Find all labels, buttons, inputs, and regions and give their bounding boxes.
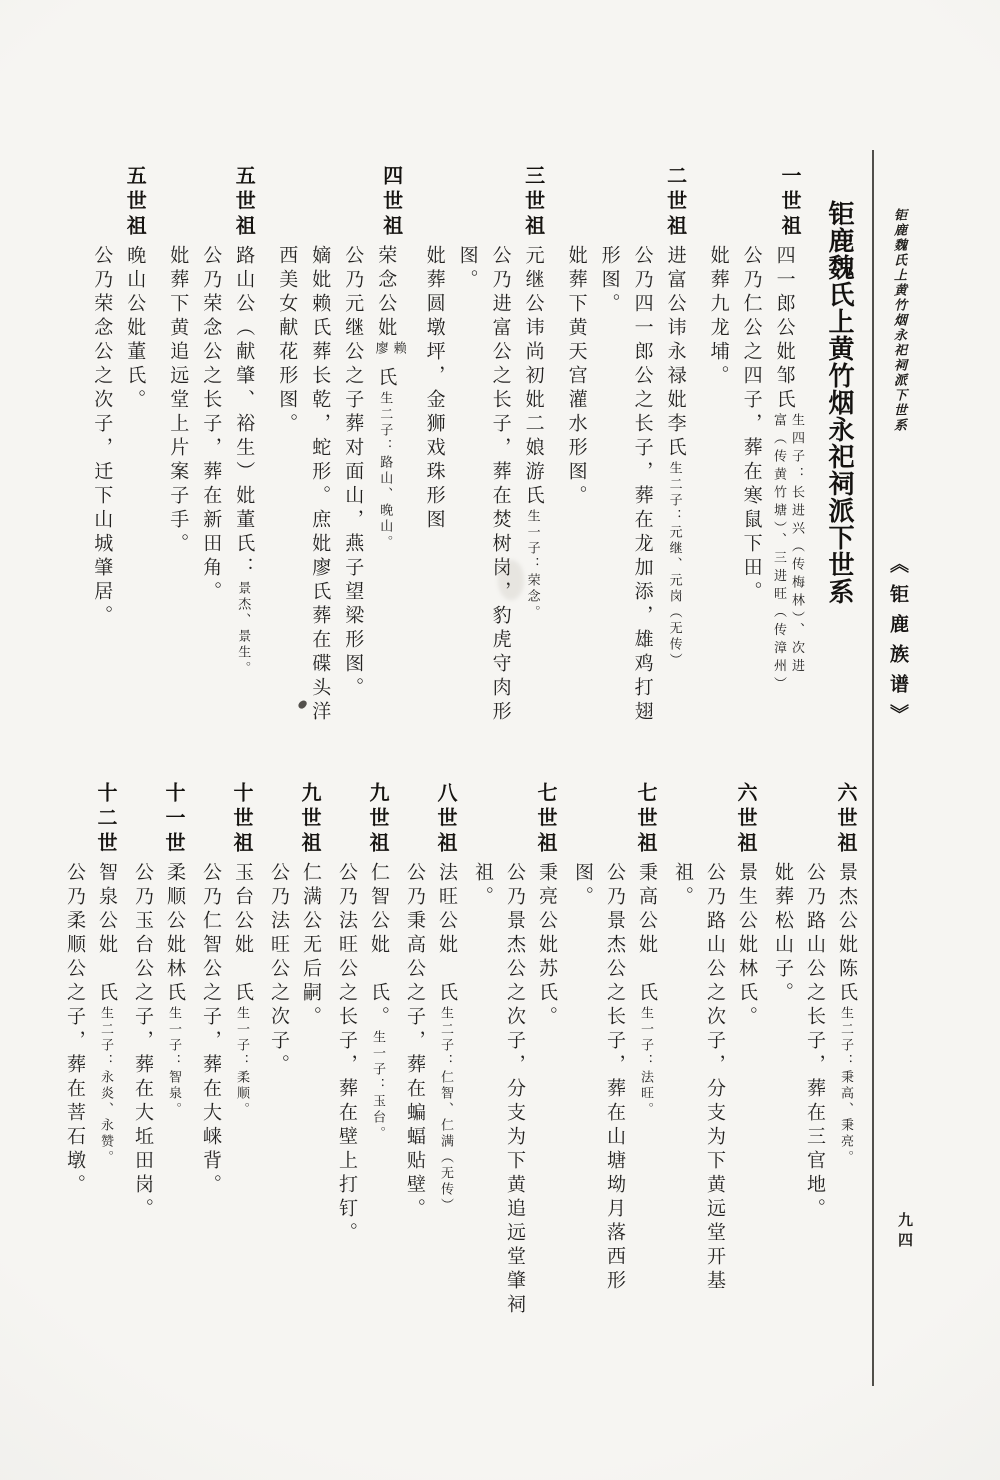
entry-text: 进富公讳永禄妣李氏生二子：元继、元岗（无传）公乃四一郎公之长子，葬在龙加添，雄鸡… [560,245,692,727]
interlinear-note: 赖 廖 [372,341,408,367]
text-run: 四一郎公妣邹氏 [774,245,795,413]
paragraph: 玉台公妣 氏生一子：柔顺。 [226,862,258,1320]
lower-register: 六世祖景杰公妣陈氏生二子：秉高、秉亮。公乃路山公之长子，葬在三官地。妣葬松山子。… [30,782,862,1320]
generation-entry: 五世祖路山公（献肇、裕生）妣董氏：景杰、景生。公乃荣念公之长子，葬在新田角。妣葬… [161,245,260,727]
generation-label: 二世祖 [658,165,692,240]
paragraph: 公乃进富公之长子，葬在焚树岗，豹虎守肉形图。 [451,245,517,727]
generation-label: 八世祖 [428,782,462,857]
generation-entry: 七世祖秉亮公妣苏氏。公乃景杰公之次子，分支为下黄追远堂肇祠祖。 [466,862,562,1320]
generation-entry: 三世祖元继公讳尚初妣二娘游氏生一子：荣念。公乃进富公之长子，葬在焚树岗，豹虎守肉… [418,245,550,727]
text-run: 仁智公妣 氏。 [368,862,389,1030]
entry-text: 玉台公妣 氏生一子：柔顺。公乃仁智公之子，葬在大崃背。 [194,862,258,1320]
small-note: 生一子：玉台。 [371,1030,386,1142]
text-run: 玉台公妣 氏 [232,862,253,1006]
ink-smudge-artifact [498,560,524,600]
generation-label: 十世祖 [224,782,258,857]
paragraph: 智泉公妣 氏生二子：永炎、永赞。 [90,862,122,1320]
paragraph: 四一郎公妣邹氏生四子：长进兴（传梅林）、次进 富（传黄竹塘）、三进旺（传漳州） [768,245,806,727]
text-run: 妣葬松山子。 [772,862,793,1006]
text-run: 元继公讳尚初妣二娘游氏 [523,245,544,509]
text-run: 公乃仁公之四子，葬在寒鼠下田。 [741,245,762,605]
generation-entry: 十一世柔顺公妣林氏生一子：智泉。公乃玉台公之子，葬在大坵田岗。 [126,862,190,1320]
entry-text: 秉亮公妣苏氏。公乃景杰公之次子，分支为下黄追远堂肇祠祖。 [466,862,562,1320]
page-title: 钜鹿魏氏上黄竹烟永祀祠派下世系 [816,200,862,605]
genealogy-page: 钜鹿魏氏上黄竹烟永祀祠派下世系 《钜鹿族谱》 九四 钜鹿魏氏上黄竹烟永祀祠派下世… [0,0,1000,1480]
generation-entry: 六世祖景杰公妣陈氏生二子：秉高、秉亮。公乃路山公之长子，葬在三官地。妣葬松山子。 [766,862,862,1320]
paragraph: 妣葬下黄追远堂上片案子手。 [161,245,194,727]
entry-text: 仁满公无后嗣。公乃法旺公之次子。 [262,862,326,1320]
generation-label: 九世祖 [292,782,326,857]
entry-text: 荣念公妣赖 廖氏生二子：路山、晚山。公乃元继公之子葬对面山，燕子望梁形图。嫡妣赖… [270,245,407,727]
page-number: 九四 [894,1212,915,1252]
generation-label: 五世祖 [226,165,260,240]
paragraph: 公乃秉高公之子，葬在蝙蝠贴壁。 [398,862,430,1320]
text-run: 公乃柔顺公之子，葬在菩石墩。 [64,862,85,1198]
generation-entry: 十世祖玉台公妣 氏生一子：柔顺。公乃仁智公之子，葬在大崃背。 [194,862,258,1320]
text-run: 秉高公妣 氏 [636,862,657,1006]
generation-entry: 四世祖荣念公妣赖 廖氏生二子：路山、晚山。公乃元继公之子葬对面山，燕子望梁形图。… [270,245,407,727]
text-run: 嫡妣赖氏葬长乾，蛇形。庶妣廖氏葬在碟头洋西美女献花形图。 [276,245,330,725]
generation-label: 十二世 [88,782,122,857]
generation-entry: 一世祖四一郎公妣邹氏生四子：长进兴（传梅林）、次进 富（传黄竹塘）、三进旺（传漳… [702,245,806,727]
text-run: 法旺公妣 氏 [436,862,457,1006]
text-run: 妣葬下黄追远堂上片案子手。 [167,245,188,557]
paragraph: 妣葬九龙埔。 [702,245,735,727]
paragraph: 公乃元继公之子葬对面山，燕子望梁形图。 [336,245,369,727]
upper-register: 钜鹿魏氏上黄竹烟永祀祠派下世系 一世祖四一郎公妣邹氏生四子：长进兴（传梅林）、次… [30,165,862,727]
small-note: 生一子：智泉。 [167,1006,182,1118]
text-run: 公乃荣念公之次子，迁下山城肇居。 [91,245,112,629]
page-margin-column: 钜鹿魏氏上黄竹烟永祀祠派下世系 《钜鹿族谱》 九四 [872,150,1000,1386]
text-run: 公乃景杰公之次子，分支为下黄追远堂肇祠祖。 [472,862,525,1318]
text-run: 公乃仁智公之子，葬在大崃背。 [200,862,221,1198]
small-note: 生二子：路山、晚山。 [378,391,393,551]
entry-text: 四一郎公妣邹氏生四子：长进兴（传梅林）、次进 富（传黄竹塘）、三进旺（传漳州）公… [702,245,806,727]
paragraph: 嫡妣赖氏葬长乾，蛇形。庶妣廖氏葬在碟头洋西美女献花形图。 [270,245,336,727]
paragraph: 公乃四一郎公之长子，葬在龙加添，雄鸡打翅形图。 [593,245,659,727]
paragraph: 景生公妣林氏。 [730,862,762,1320]
generation-entry: 八世祖法旺公妣 氏生二子：仁智、仁满（无传）公乃秉高公之子，葬在蝙蝠贴壁。 [398,862,462,1320]
paragraph: 公乃荣念公之长子，葬在新田角。 [194,245,227,727]
paragraph: 公乃路山公之长子，葬在三官地。 [798,862,830,1320]
paragraph: 公乃景杰公之次子，分支为下黄追远堂肇祠祖。 [466,862,530,1320]
text-run: 路山公（献肇、裕生）妣董氏： [233,245,254,581]
paragraph: 公乃柔顺公之子，葬在菩石墩。 [58,862,90,1320]
text-run: 景杰公妣陈氏 [836,862,857,1006]
generation-label: 七世祖 [528,782,562,857]
paragraph: 法旺公妣 氏生二子：仁智、仁满（无传） [430,862,462,1320]
generation-entry: 九世祖仁满公无后嗣。公乃法旺公之次子。 [262,862,326,1320]
paragraph: 公乃仁智公之子，葬在大崃背。 [194,862,226,1320]
text-run: 公乃元继公之子葬对面山，燕子望梁形图。 [342,245,363,701]
page-content: 钜鹿魏氏上黄竹烟永祀祠派下世系 一世祖四一郎公妣邹氏生四子：长进兴（传梅林）、次… [30,165,862,1320]
generation-label: 九世祖 [360,782,394,857]
small-note: 生二子：秉高、秉亮。 [839,1006,854,1166]
entry-text: 法旺公妣 氏生二子：仁智、仁满（无传）公乃秉高公之子，葬在蝙蝠贴壁。 [398,862,462,1320]
running-title: 钜鹿魏氏上黄竹烟永祀祠派下世系 [890,208,909,433]
small-note: 生一子：荣念。 [526,509,541,621]
generation-label: 一世祖 [772,165,806,240]
text-run: 公乃法旺公之次子。 [268,862,289,1078]
generation-entry: 十二世智泉公妣 氏生二子：永炎、永赞。公乃柔顺公之子，葬在菩石墩。 [58,862,122,1320]
generation-label: 四世祖 [374,165,408,240]
text-run: 妣葬九龙埔。 [708,245,729,389]
interlinear-note: 生四子：长进兴（传梅林）、次进 富（传黄竹塘）、三进旺（传漳州） [770,413,806,713]
small-note: 生一子：柔顺。 [235,1006,250,1118]
generation-entry: 二世祖进富公讳永禄妣李氏生二子：元继、元岗（无传）公乃四一郎公之长子，葬在龙加添… [560,245,692,727]
paragraph: 晚山公妣董氏。 [118,245,151,727]
entry-text: 仁智公妣 氏。生一子：玉台。公乃法旺公之长子，葬在壁上打钉。 [330,862,394,1320]
paragraph: 仁满公无后嗣。 [294,862,326,1320]
book-title: 《钜鹿族谱》 [884,554,911,734]
text-run: 公乃荣念公之长子，葬在新田角。 [200,245,221,605]
entry-text: 景生公妣林氏。公乃路山公之次子，分支为下黄远堂开基祖。 [666,862,762,1320]
paragraph: 妣葬下黄天宫灌水形图。 [560,245,593,727]
text-run: 公乃秉高公之子，葬在蝙蝠贴壁。 [404,862,425,1222]
generation-entry: 五世祖晚山公妣董氏。公乃荣念公之次子，迁下山城肇居。 [85,245,151,727]
generation-label: 七世祖 [628,782,662,857]
paragraph: 公乃仁公之四子，葬在寒鼠下田。 [735,245,768,727]
text-run: 荣念公妣 [375,245,396,341]
paragraph: 路山公（献肇、裕生）妣董氏：景杰、景生。 [227,245,260,727]
generation-entry: 九世祖仁智公妣 氏。生一子：玉台。公乃法旺公之长子，葬在壁上打钉。 [330,862,394,1320]
entry-text: 路山公（献肇、裕生）妣董氏：景杰、景生。公乃荣念公之长子，葬在新田角。妣葬下黄追… [161,245,260,727]
text-run: 公乃玉台公之子，葬在大坵田岗。 [132,862,153,1222]
generation-label: 三世祖 [516,165,550,240]
paragraph: 公乃路山公之次子，分支为下黄远堂开基祖。 [666,862,730,1320]
text-run: 晚山公妣董氏。 [124,245,145,413]
paragraph: 秉亮公妣苏氏。 [530,862,562,1320]
entry-text: 元继公讳尚初妣二娘游氏生一子：荣念。公乃进富公之长子，葬在焚树岗，豹虎守肉形图。… [418,245,550,727]
text-run: 公乃进富公之长子，葬在焚树岗，豹虎守肉形图。 [457,245,511,725]
paragraph: 仁智公妣 氏。生一子：玉台。 [362,862,394,1320]
text-run: 进富公讳永禄妣李氏 [665,245,686,461]
generation-label: 十一世 [156,782,190,857]
paragraph: 荣念公妣赖 廖氏生二子：路山、晚山。 [369,245,407,727]
entry-text: 柔顺公妣林氏生一子：智泉。公乃玉台公之子，葬在大坵田岗。 [126,862,190,1320]
small-note: 生二子：永炎、永赞。 [99,1006,114,1166]
paragraph: 公乃法旺公之长子，葬在壁上打钉。 [330,862,362,1320]
small-note: 生二子：元继、元岗（无传） [668,461,683,669]
paragraph: 公乃法旺公之次子。 [262,862,294,1320]
generation-label: 六世祖 [728,782,762,857]
paragraph: 秉高公妣 氏生一子：法旺。 [630,862,662,1320]
small-note: 生二子：仁智、仁满（无传） [439,1006,454,1214]
paragraph: 妣葬松山子。 [766,862,798,1320]
entry-text: 景杰公妣陈氏生二子：秉高、秉亮。公乃路山公之长子，葬在三官地。妣葬松山子。 [766,862,862,1320]
generation-label: 五世祖 [117,165,151,240]
text-run: 妣葬圆墩坪，金狮戏珠形图 [424,245,445,533]
generation-entry: 七世祖秉高公妣 氏生一子：法旺。公乃景杰公之长子，葬在山塘坳月落西形图。 [566,862,662,1320]
small-note: 景杰、景生。 [236,581,251,677]
text-run: 妣葬下黄天宫灌水形图。 [566,245,587,509]
text-run: 公乃四一郎公之长子，葬在龙加添，雄鸡打翅形图。 [599,245,653,725]
text-run: 景生公妣林氏。 [736,862,757,1030]
paragraph: 公乃荣念公之次子，迁下山城肇居。 [85,245,118,727]
generation-entry: 六世祖景生公妣林氏。公乃路山公之次子，分支为下黄远堂开基祖。 [666,862,762,1320]
paragraph: 妣葬圆墩坪，金狮戏珠形图 [418,245,451,727]
generation-label: 六世祖 [828,782,862,857]
text-run: 公乃法旺公之长子，葬在壁上打钉。 [336,862,357,1246]
paragraph: 公乃玉台公之子，葬在大坵田岗。 [126,862,158,1320]
text-run: 仁满公无后嗣。 [300,862,321,1030]
paragraph: 进富公讳永禄妣李氏生二子：元继、元岗（无传） [659,245,692,727]
text-run: 秉亮公妣苏氏。 [536,862,557,1030]
small-note: 生一子：法旺。 [639,1006,654,1118]
text-run: 公乃路山公之长子，葬在三官地。 [804,862,825,1222]
entry-text: 晚山公妣董氏。公乃荣念公之次子，迁下山城肇居。 [85,245,151,727]
text-run: 公乃路山公之次子，分支为下黄远堂开基祖。 [672,862,725,1294]
paragraph: 柔顺公妣林氏生一子：智泉。 [158,862,190,1320]
text-run: 智泉公妣 氏 [96,862,117,1006]
text-run: 公乃景杰公之长子，葬在山塘坳月落西形图。 [572,862,625,1294]
text-run: 氏 [375,367,396,391]
paragraph: 公乃景杰公之长子，葬在山塘坳月落西形图。 [566,862,630,1320]
paragraph: 元继公讳尚初妣二娘游氏生一子：荣念。 [517,245,550,727]
entry-text: 秉高公妣 氏生一子：法旺。公乃景杰公之长子，葬在山塘坳月落西形图。 [566,862,662,1320]
text-run: 柔顺公妣林氏 [164,862,185,1006]
entry-text: 智泉公妣 氏生二子：永炎、永赞。公乃柔顺公之子，葬在菩石墩。 [58,862,122,1320]
paragraph: 景杰公妣陈氏生二子：秉高、秉亮。 [830,862,862,1320]
